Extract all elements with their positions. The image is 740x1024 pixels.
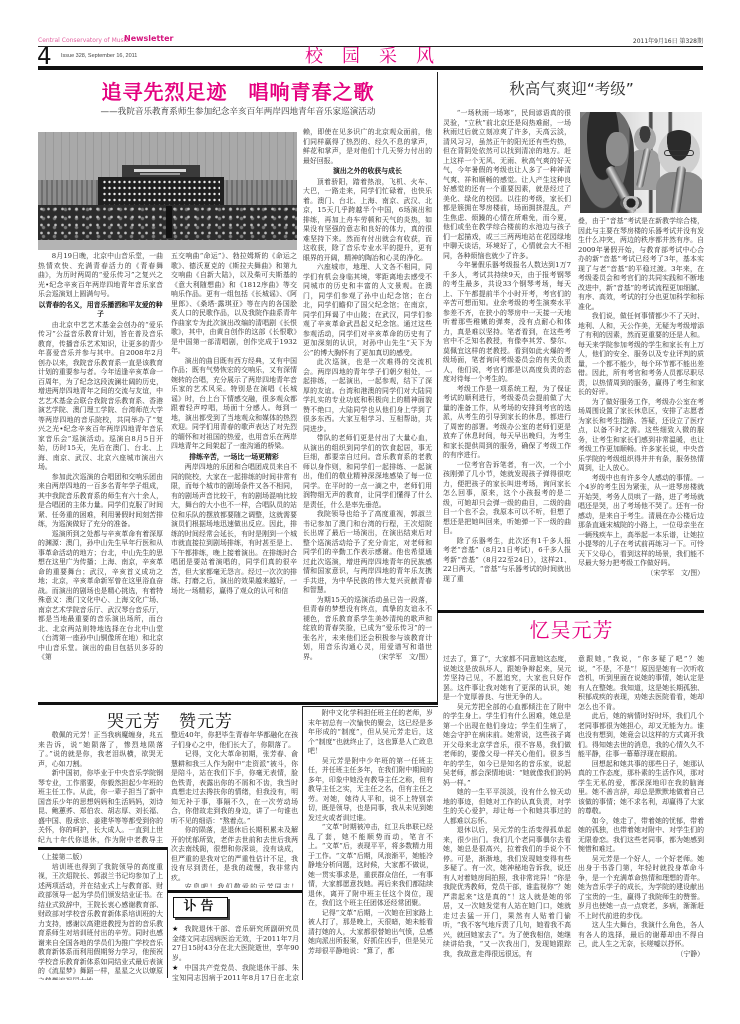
obituary-text: 我院退休干部、音乐研究所副研究员金缕文同志因病医治无效，于2011年7月27日1… <box>172 925 299 962</box>
continued-article: （上接第二版） 培训班也得到了我院领导的高度重视，王次炤院长、郭淑兰书记均参加了… <box>38 853 163 980</box>
photo-stage-floor <box>38 240 297 250</box>
article-paragraph: 五交响曲“命运”》、勃拉姆斯的《命运之歌》、德沃夏克的《斯拉夫舞曲》和第九交响曲… <box>171 252 297 357</box>
photo-student-left-face <box>606 132 628 166</box>
article-paragraph: 巡演所到之处都与辛亥革命有着深厚的渊源：澳门，孙中山先生早年行医和从事革命活动的… <box>38 530 163 663</box>
article-paragraph: 敬佩的元芳！正当我病魔缠身，兆五来告诉，说“她陨落了，惨烈地陨落了。”说的就是你… <box>38 731 163 769</box>
saxophone-students-photo <box>580 112 702 213</box>
article-paragraph: 回想起和她共事的那些日子，她那认真的工作态度，那朴素的生活作风，那对学生无私的爱… <box>578 760 704 817</box>
photo-saxophone-bell <box>620 196 642 210</box>
article-paragraph: 我们说，做任何事情都少不了天时、地利、人和，天公作美，无疑为考级增添了有利的因素… <box>578 312 704 398</box>
obituary-list: ★我院退休干部、音乐研究所副研究员金缕文同志因病医治无效，于2011年7月27日… <box>172 925 299 983</box>
article-byline: （宋学军 文/图） <box>375 653 432 663</box>
article-paragraph: 你的陨落，是退休后长期积累未及解开的忧郁所致，老伴去世前和去世后我两次去南线阁，… <box>171 826 298 883</box>
article-paragraph: 考级工作是一项系统工程，为了保证考试的顺利进行，考级委员会提前做了大量的准备工作… <box>443 385 571 461</box>
obituary-item: ★中国共产党党员、我院退休干部、朱宝知同志因病于2011年8月17日在北京逝世，… <box>172 964 299 983</box>
article-paragraph: 考级中也有许多令人感动的事情。一个4岁的考生因为紧张，从一进琴房楼就开始哭，考务… <box>578 474 704 569</box>
article-paragraph: 为期15天的巡演活动虽已告一段落，但青春的梦想没有终点，真挚的友谊永不褪色，音乐… <box>303 596 432 663</box>
article-paragraph: 由北京中艺艺术基金会创办的“爱乐传习”公益音乐教育计划，旨在普及音乐教育，传播音… <box>38 321 163 473</box>
page-number: 4 <box>37 46 52 68</box>
article-paragraph: 此次巡演，也是一次难得的交流机会。两岸四地的青年学子们朝夕相处，一起排练，一起演… <box>303 358 432 434</box>
article-paragraph: 吴元芳是一个好人，一个好老师。她出身于书香门第，年轻时就投身革命斗争，是一个充满… <box>578 855 704 922</box>
article-paragraph: 我院领导也给予了高度重视，郭淑兰书记参加了澳门和台湾的行程，王次炤院长出席了最后… <box>303 510 432 596</box>
article-paragraph: 为了做好服务工作，考级办公室在考场周围设置了家长休息区，安排了志愿者为家长和考生… <box>578 398 704 474</box>
article-paragraph: 记得“文革”后期，一次她在回家路上被人打了，那是晚上，天很暗，她未能看清打她的人… <box>308 909 433 957</box>
article-paragraph: 叠，由于“音基”考试是在新教学综合楼，因此与主要在琴房楼的乐器考试并没有发生什么… <box>578 217 704 312</box>
article-paragraph: 意跟她，”我说，“你多疑了吧”？她说，“不是，不是”！原因是她有一次听收音机，听… <box>578 655 704 712</box>
tribute-article-column-1: 敬佩的元芳！正当我病魔缠身，兆五来告诉，说“她陨落了，惨烈地陨落了。”说的就是你… <box>38 731 163 845</box>
section-title: 校园采风 <box>305 47 453 66</box>
star-icon: ★ <box>172 925 178 933</box>
article-paragraph: 8月19日晚，北京中山音乐堂，一曲热情欢快、充满青春活力的《青春舞曲》，为历时两… <box>38 252 163 300</box>
exam-article-bottom-rule <box>437 610 704 613</box>
article-paragraph: 培训班也得到了我院领导的高度重视，王次炤院长、郭淑兰书记均参加了上述两项活动，并… <box>38 863 163 981</box>
article-paragraph: 一位考官告诉笔者，有一次，一个小孩刚弹了几小节，她就发现孩子弹得很吃力，便把孩子… <box>443 461 571 537</box>
issue-date: 2011年9月16日 第328期 <box>633 38 703 46</box>
article-paragraph: 记得，文化大革命初期，张芳春、俞慧耕和我三人作为附中“走资派”被斗，你是陪斗，站… <box>171 750 298 826</box>
article-paragraph: 吴元芳把全部的心血都倾注在了附中的学生身上。学生们有什么困难，她总是第一个出现在… <box>443 703 571 789</box>
section-subheading: 演出之外的收获与成长 <box>303 167 432 177</box>
exam-article-headline: 秋高气爽迎“考级” <box>438 80 705 99</box>
section-subheading: 以青春的名义，用音乐播洒和平友爱的种子 <box>38 301 163 320</box>
article-paragraph: 参加此次巡演的合唱团和交响乐团由来自两岸四地的一百多名青年学子组成，其中我院音乐… <box>38 473 163 530</box>
obituary-text: 中国共产党党员、我院退休干部、朱宝知同志因病于2011年8月17日在北京逝世，享… <box>172 964 299 983</box>
exam-article-column-1: “一场秋雨一场寒”，民间谚语真的很灵验，“立秋”前北京还是闷热难耐，一场秋雨过后… <box>443 109 571 606</box>
obituary-heading: 讣告 <box>173 897 228 918</box>
memorial-box-top-rule <box>302 706 438 707</box>
section-subheading: 排练辛苦，一场比一场更精彩 <box>171 453 297 463</box>
article-paragraph: 两岸四地的乐团和合唱团成员来自不同的院校，大家在一起排练的时间非常有限，而每个城… <box>171 463 297 596</box>
article-paragraph: 安息吧！我们敬爱的元芳同志！（方里） <box>171 883 298 888</box>
paragraph-text: 考级中也有许多令人感动的事情。一个4岁的考生因为紧张，从一进琴房楼就开始哭，考务… <box>578 474 704 568</box>
issue-info: Issue 328, September 16, 2011 <box>61 53 137 60</box>
memorial-article-column-3: 意跟她，”我说，“你多疑了吧”？她说，“不是，不是”！原因是她有一次听收音机，听… <box>578 655 704 980</box>
article-paragraph: 今年暑假乐器考级报名人数达到1万7千多人，考试共持续9天，由于报考钢琴的考生最多… <box>443 261 571 385</box>
article-paragraph: 顶着骄阳，踏着热浪，飞机、火车、大巴，一路走来，同学们忙碌着，也快乐着。澳门、台… <box>303 178 432 264</box>
paragraph-text: 为期15天的巡演活动虽已告一段落，但青春的梦想没有终点，真挚的友谊永不褪色，音乐… <box>303 596 432 661</box>
article-paragraph: 退休以后，吴元芳的生活变得孤单起来，很少出门。我们几个老同事偶尔去看她，她总是很… <box>443 826 571 959</box>
tribute-col2-bottom-rule <box>167 890 302 893</box>
photo-banner-text <box>134 169 186 172</box>
article-paragraph: 这人生大舞台，我演什么角色，各人有各人的选择，最后的谢幕却由不得自己，此人生之无… <box>578 921 704 950</box>
main-article-column-1: 8月19日晚，北京中山音乐堂，一曲热情欢快、充满青春活力的《青春舞曲》，为历时两… <box>38 252 163 700</box>
article-byline: （宁静） <box>676 950 704 960</box>
main-article-subheadline: ——我院音乐教育系师生参加纪念辛亥百年两岸四地青年音乐家巡演活动 <box>38 107 438 118</box>
article-paragraph: 六座城市，地理、人文各不相同，同学们有机会身临其境，零距离地去感受不同城市的历史… <box>303 263 432 358</box>
star-icon: ★ <box>172 964 178 972</box>
paragraph-text: 安息吧！我们敬爱的元芳同志！ <box>185 883 298 888</box>
photo-banner-subtext <box>140 173 180 175</box>
article-paragraph: 带队的老师们更是付出了大量心血，从演出的组织到同学们的饮食起居，事无巨细，都要亲… <box>303 434 432 510</box>
article-paragraph: 此后，她的病情时好时坏，我们几个老同事都很为她担心，却又无能为力。谁也没有想到，… <box>578 712 704 760</box>
concert-photo <box>38 132 297 250</box>
article-paragraph: 新中国初，你毕业于中央音乐学院钢琴专业，工作需要，你毅然担起少年班的班主任工作。… <box>38 769 163 845</box>
main-article-bottom-rule <box>38 702 438 705</box>
main-article-column-3: 赖，即使在见多识广的北京观众面前，他们同样赢得了热烈的、经久不息的掌声，鲜花和掌… <box>303 128 432 700</box>
article-paragraph: 吴元芳是附中少年班的第一任班主任，并任班主任多年，在我们附中期间的多年，印象中她… <box>308 757 433 824</box>
article-paragraph: “文革”时期被冲击，红卫兵串联已经乱了套，她不能顺势而动，笔言不上。“文革”后，… <box>308 823 433 909</box>
newsletter-label: Newsletter <box>124 34 173 44</box>
obituary-item: ★我院退休干部、音乐研究所副研究员金缕文同志因病医治无效，于2011年7月27日… <box>172 925 299 963</box>
photo-glasses <box>664 150 694 156</box>
article-paragraph: 除了乐器考生，此次还有1千多人报考老“音基”（8月21日考试），6千多人报考新“… <box>443 537 571 585</box>
article-paragraph: 整近40年，你把毕生青春年华都融化在孩子们身心之中，他们长大了，你陨落了。 <box>171 731 298 750</box>
main-article-headline: 追寻先烈足迹 唱响青春之歌 <box>38 80 438 104</box>
article-paragraph: 如今，她走了，带着她的忧郁，带着她的孤独，也带着她对附中、对学生们的无限眷恋。我… <box>578 817 704 855</box>
continued-box-right-rule <box>167 847 168 978</box>
continued-from-label: （上接第二版） <box>38 853 163 863</box>
exam-article-column-2: 叠，由于“音基”考试是在新教学综合楼，因此与主要在琴房楼的乐器考试并没有发生什么… <box>578 217 704 606</box>
memorial-article-column-2: 过去了，算了”，大家都不同意她这态度，说她这是放纵坏人，跟她争辩起来，吴元芳坚持… <box>443 655 571 980</box>
memorial-article-headline: 忆吴元芳 <box>438 619 705 642</box>
tribute-article-column-2: 整近40年，你把毕生青春年华都融化在孩子们身心之中，他们长大了，你陨落了。 记得… <box>171 731 298 888</box>
header-thick-rule <box>38 66 703 70</box>
article-paragraph: 过去了，算了”，大家都不同意她这态度，说她这是放纵坏人，跟她争辩起来，吴元芳坚持… <box>443 655 571 703</box>
memorial-article-column-1: 附中文化学科担任班主任的老师，岁末年初总有一次愉快的聚会，这已经是多年形成的“制… <box>308 709 433 980</box>
main-article-column-2: 五交响曲“命运”》、勃拉姆斯的《命运之歌》、德沃夏克的《斯拉夫舞曲》和第九交响曲… <box>171 252 297 700</box>
memorial-box-left-rule <box>302 706 303 980</box>
photo-conductor <box>166 206 172 238</box>
article-byline: （宋学军 文/图） <box>647 569 704 579</box>
article-paragraph: “一场秋雨一场寒”，民间谚语真的很灵验，“立秋”前北京还是闷热难耐，一场秋雨过后… <box>443 109 571 261</box>
tribute-article-headline: 哭元芳 赞元芳 <box>38 712 302 732</box>
article-paragraph: 附中文化学科担任班主任的老师，岁末年初总有一次愉快的聚会，这已经是多年形成的“制… <box>308 709 433 757</box>
paragraph-text: 这人生大舞台，我演什么角色，各人有各人的选择，最后的谢幕却由不得自己，此人生之无… <box>578 921 704 948</box>
article-paragraph: 赖，即使在见多识广的北京观众面前，他们同样赢得了热烈的、经久不息的掌声，鲜花和掌… <box>303 128 432 166</box>
article-paragraph: 她的一生平平淡淡，没有什么惊天动地的事迹，但她对工作的认真负责，对学生的关心爱护… <box>443 788 571 826</box>
photo-choir <box>102 179 220 207</box>
article-paragraph: 演出的曲目既有西方经典，又有中国作品；既有气势恢宏的交响乐，又有深情婉转的合唱，… <box>171 357 297 452</box>
tribute-col1-bottom-rule <box>38 847 167 850</box>
